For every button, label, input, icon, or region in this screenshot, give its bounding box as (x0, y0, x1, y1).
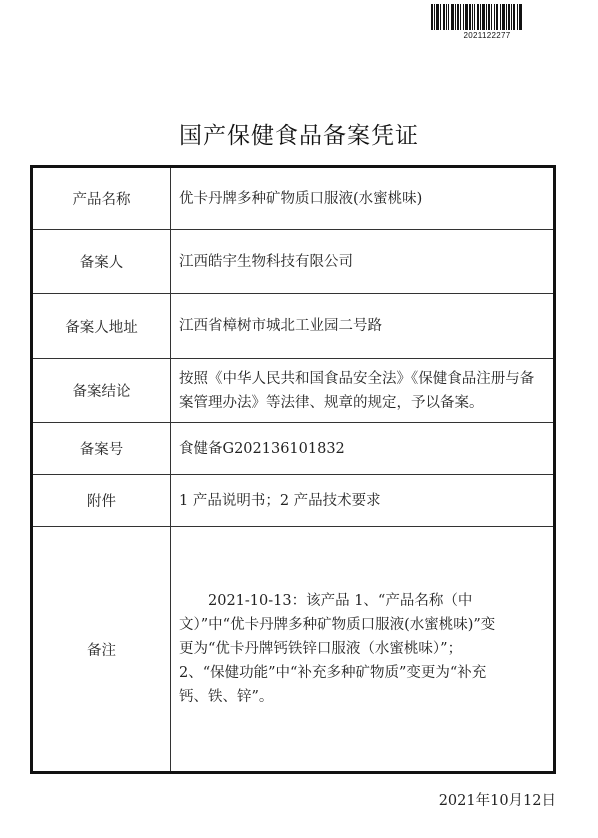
page-title: 国产保健食品备案凭证 (0, 117, 598, 150)
label-remarks: 备注 (32, 527, 171, 773)
value-remarks: 2021-10-13：该产品 1、“产品名称（中文）”中“优卡丹牌多种矿物质口服… (171, 527, 555, 773)
label-attachments: 附件 (32, 475, 171, 527)
value-conclusion: 按照《中华人民共和国食品安全法》《保健食品注册与备案管理办法》等法律、规章的规定… (171, 359, 555, 423)
barcode: 2021122277 (431, 4, 543, 38)
table-row-filer: 备案人 江西皓宇生物科技有限公司 (32, 230, 555, 294)
label-filer: 备案人 (32, 230, 171, 294)
issue-date: 2021年10月12日 (439, 789, 556, 810)
table-row-filer-address: 备案人地址 江西省樟树市城北工业园二号路 (32, 294, 555, 359)
value-product-name: 优卡丹牌多种矿物质口服液(水蜜桃味) (171, 167, 555, 230)
table-row-remarks: 备注 2021-10-13：该产品 1、“产品名称（中文）”中“优卡丹牌多种矿物… (32, 527, 555, 773)
label-filing-number: 备案号 (32, 423, 171, 475)
barcode-bar (519, 4, 522, 30)
value-filer: 江西皓宇生物科技有限公司 (171, 230, 555, 294)
remarks-text: 2021-10-13：该产品 1、“产品名称（中文）”中“优卡丹牌多种矿物质口服… (179, 589, 503, 709)
table-row-conclusion: 备案结论 按照《中华人民共和国食品安全法》《保健食品注册与备案管理办法》等法律、… (32, 359, 555, 423)
label-product-name: 产品名称 (32, 167, 171, 230)
certificate-table: 产品名称 优卡丹牌多种矿物质口服液(水蜜桃味) 备案人 江西皓宇生物科技有限公司… (30, 165, 556, 774)
barcode-number: 2021122277 (431, 31, 543, 40)
label-conclusion: 备案结论 (32, 359, 171, 423)
table-row-product-name: 产品名称 优卡丹牌多种矿物质口服液(水蜜桃味) (32, 167, 555, 230)
value-attachments: 1 产品说明书；2 产品技术要求 (171, 475, 555, 527)
label-filer-address: 备案人地址 (32, 294, 171, 359)
value-filer-address: 江西省樟树市城北工业园二号路 (171, 294, 555, 359)
table-row-attachments: 附件 1 产品说明书；2 产品技术要求 (32, 475, 555, 527)
table-row-filing-number: 备案号 食健备G202136101832 (32, 423, 555, 475)
barcode-bars (431, 4, 543, 30)
value-filing-number: 食健备G202136101832 (171, 423, 555, 475)
